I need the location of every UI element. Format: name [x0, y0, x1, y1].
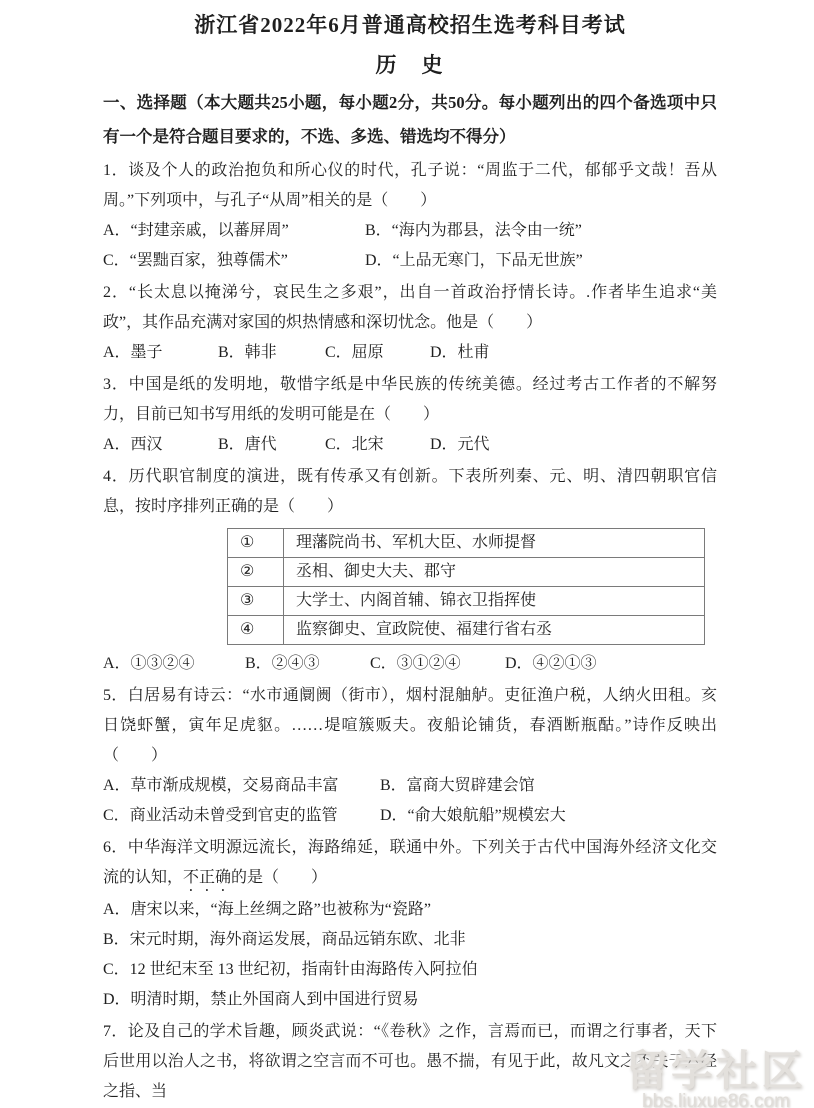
question-6: 6．中华海洋文明源远流长，海路绵延，联通中外。下列关于古代中国海外经济文化交流的… — [103, 833, 717, 1015]
table-row: ② 丞相、御史大夫、郡守 — [228, 558, 705, 587]
question-options: A．“封建亲戚，以蕃屏周” B．“海内为郡县，法令由一统” C．“罢黜百家，独尊… — [103, 216, 717, 276]
option-a: A．“封建亲戚，以蕃屏周” — [103, 216, 365, 246]
option-b: B．“海内为郡县，法令由一统” — [365, 216, 717, 246]
question-text: 6．中华海洋文明源远流长，海路绵延，联通中外。下列关于古代中国海外经济文化交流的… — [103, 833, 717, 895]
question-5: 5．白居易有诗云：“水市通阛阓（街市），烟村混舳舻。吏征渔户税，人纳火田租。亥日… — [103, 681, 717, 831]
watermark-site-url: bbs.liuxue86.com — [626, 1092, 806, 1108]
option-d: D．明清时期，禁止外国商人到中国进行贸易 — [103, 985, 717, 1015]
row-content: 监察御史、宣政院使、福建行省右丞 — [284, 616, 705, 645]
table-row: ④ 监察御史、宣政院使、福建行省右丞 — [228, 616, 705, 645]
question-1: 1．谈及个人的政治抱负和所心仪的时代，孔子说：“周监于二代，郁郁乎文哉！吾从周。… — [103, 156, 717, 276]
officials-table: ① 理藩院尚书、军机大臣、水师提督 ② 丞相、御史大夫、郡守 ③ 大学士、内阁首… — [227, 528, 705, 645]
watermark-site-name: 留学社区 — [626, 1050, 806, 1094]
row-number: ① — [228, 529, 284, 558]
option-b: B．韩非 — [218, 338, 325, 368]
option-c: C．③①②④ — [370, 649, 505, 679]
row-content: 丞相、御史大夫、郡守 — [284, 558, 705, 587]
option-a: A．西汉 — [103, 430, 218, 460]
question-options: A．西汉 B．唐代 C．北宋 D．元代 — [103, 430, 717, 460]
option-c: C．屈原 — [325, 338, 430, 368]
question-options: A．唐宋以来，“海上丝绸之路”也被称为“瓷路” B．宋元时期，海外商运发展，商品… — [103, 895, 717, 1015]
question-2: 2．“长太息以掩涕兮，哀民生之多艰”，出自一首政治抒情长诗。.作者毕生追求“美政… — [103, 278, 717, 368]
row-content: 理藩院尚书、军机大臣、水师提督 — [284, 529, 705, 558]
question-text: 5．白居易有诗云：“水市通阛阓（街市），烟村混舳舻。吏征渔户税，人纳火田租。亥日… — [103, 681, 717, 771]
option-d: D．杜甫 — [430, 338, 717, 368]
question-options: A．草市渐成规模，交易商品丰富 B．富商大贸辟建会馆 C．商业活动未曾受到官吏的… — [103, 771, 717, 831]
question-options: A．①③②④ B．②④③ C．③①②④ D．④②①③ — [103, 649, 717, 679]
exam-page: 浙江省2022年6月普通高校招生选考科目考试 历 史 一、选择题（本大题共25小… — [0, 8, 814, 1108]
option-c: C．“罢黜百家，独尊儒术” — [103, 246, 365, 276]
option-a: A．①③②④ — [103, 649, 245, 679]
option-c: C．商业活动未曾受到官吏的监管 — [103, 801, 380, 831]
question-text: 1．谈及个人的政治抱负和所心仪的时代，孔子说：“周监于二代，郁郁乎文哉！吾从周。… — [103, 156, 717, 216]
option-b: B．富商大贸辟建会馆 — [380, 771, 717, 801]
watermark: 留学社区 bbs.liuxue86.com — [626, 1050, 806, 1108]
question-text: 3．中国是纸的发明地，敬惜字纸是中华民族的传统美德。经过考古工作者的不解努力，目… — [103, 370, 717, 430]
option-c: C．北宋 — [325, 430, 430, 460]
row-number: ④ — [228, 616, 284, 645]
option-a: A．唐宋以来，“海上丝绸之路”也被称为“瓷路” — [103, 895, 717, 925]
question-7: 7．论及自己的学术旨趣，顾炎武说：“《卷秋》之作，言焉而已，而谓之行事者，天下后… — [103, 1017, 717, 1107]
question-text: 4．历代职官制度的演进，既有传承又有创新。下表所列秦、元、明、清四朝职官信息，按… — [103, 462, 717, 522]
question-text: 2．“长太息以掩涕兮，哀民生之多艰”，出自一首政治抒情长诗。.作者毕生追求“美政… — [103, 278, 717, 338]
question-options: A．墨子 B．韩非 C．屈原 D．杜甫 — [103, 338, 717, 368]
row-number: ② — [228, 558, 284, 587]
subject-title: 历 史 — [103, 48, 717, 82]
question-3: 3．中国是纸的发明地，敬惜字纸是中华民族的传统美德。经过考古工作者的不解努力，目… — [103, 370, 717, 460]
exam-content: 浙江省2022年6月普通高校招生选考科目考试 历 史 一、选择题（本大题共25小… — [103, 8, 717, 1107]
row-content: 大学士、内阁首辅、锦衣卫指挥使 — [284, 587, 705, 616]
question-text: 7．论及自己的学术旨趣，顾炎武说：“《卷秋》之作，言焉而已，而谓之行事者，天下后… — [103, 1017, 717, 1107]
option-b: B．唐代 — [218, 430, 325, 460]
option-a: A．墨子 — [103, 338, 218, 368]
question-text-post: 的是（ ） — [231, 869, 327, 886]
option-d: D．“俞大娘航船”规模宏大 — [380, 801, 717, 831]
table-row: ① 理藩院尚书、军机大臣、水师提督 — [228, 529, 705, 558]
option-d: D．④②①③ — [505, 649, 717, 679]
option-b: B．宋元时期，海外商运发展，商品远销东欧、北非 — [103, 925, 717, 955]
option-d: D．“上品无寒门，下品无世族” — [365, 246, 717, 276]
option-d: D．元代 — [430, 430, 717, 460]
row-number: ③ — [228, 587, 284, 616]
page-title: 浙江省2022年6月普通高校招生选考科目考试 — [103, 8, 717, 42]
option-a: A．草市渐成规模，交易商品丰富 — [103, 771, 380, 801]
question-4: 4．历代职官制度的演进，既有传承又有创新。下表所列秦、元、明、清四朝职官信息，按… — [103, 462, 717, 679]
section-header: 一、选择题（本大题共25小题，每小题2分，共50分。每小题列出的四个备选项中只有… — [103, 86, 717, 154]
question-text-emphasized: 不正确 — [183, 869, 231, 886]
table-row: ③ 大学士、内阁首辅、锦衣卫指挥使 — [228, 587, 705, 616]
option-b: B．②④③ — [245, 649, 370, 679]
option-c: C．12 世纪末至 13 世纪初，指南针由海路传入阿拉伯 — [103, 955, 717, 985]
